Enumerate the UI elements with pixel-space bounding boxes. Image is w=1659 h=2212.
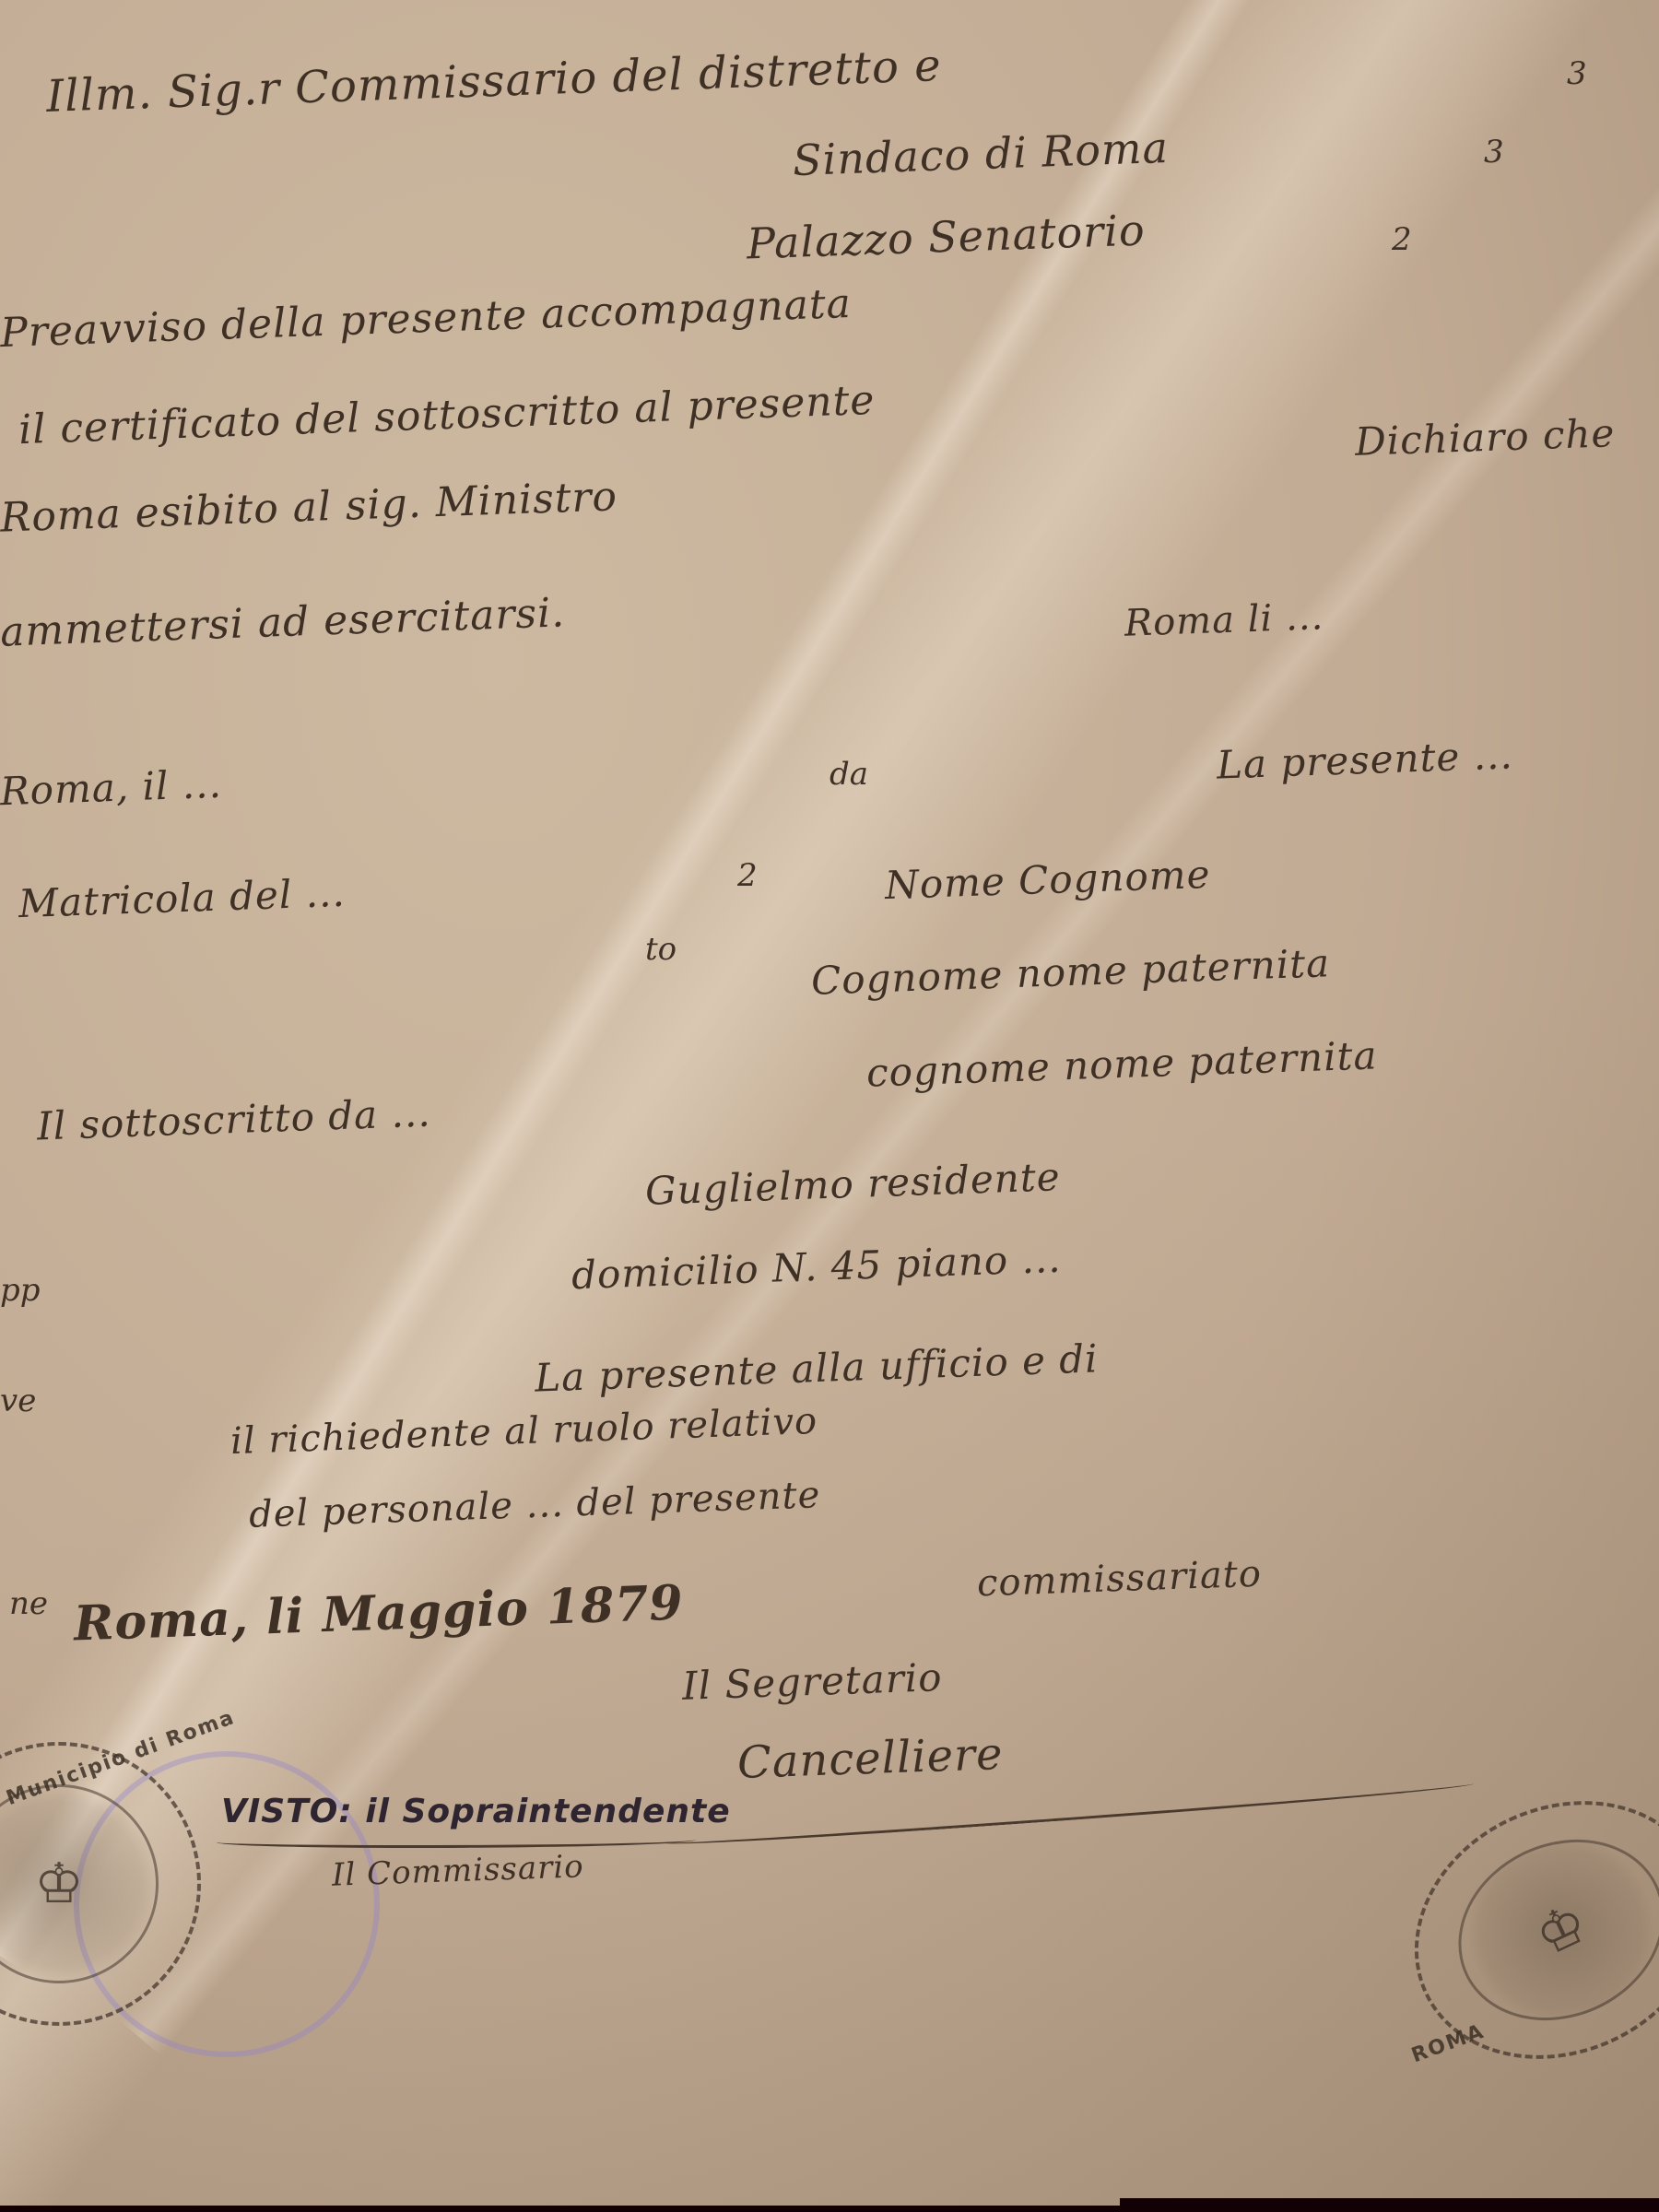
header-number: 3: [1567, 55, 1587, 92]
margin-mark: to: [645, 931, 677, 968]
photo-edge: [0, 2206, 1120, 2212]
margin-mark: ne: [9, 1585, 48, 1622]
right-column-line: Dichiaro che: [1354, 410, 1616, 465]
visto-label: VISTO: il Sopraintendente: [221, 1793, 731, 1830]
margin-mark: da: [829, 756, 868, 793]
margin-mark: ve: [0, 1382, 36, 1419]
crest-icon: ♔: [0, 1784, 159, 1983]
header-number: 3: [1484, 134, 1504, 171]
margin-mark: pp: [0, 1272, 41, 1309]
body-line: Roma, il ...: [0, 761, 223, 814]
right-column-line: Roma li ...: [1124, 595, 1324, 645]
closing-signature-name: Cancelliere: [736, 1728, 1004, 1789]
margin-mark: 2: [737, 857, 758, 894]
photo-edge: [1120, 2198, 1659, 2212]
header-number: 2: [1392, 221, 1412, 258]
closing-signature-label: Il Segretario: [681, 1654, 943, 1709]
